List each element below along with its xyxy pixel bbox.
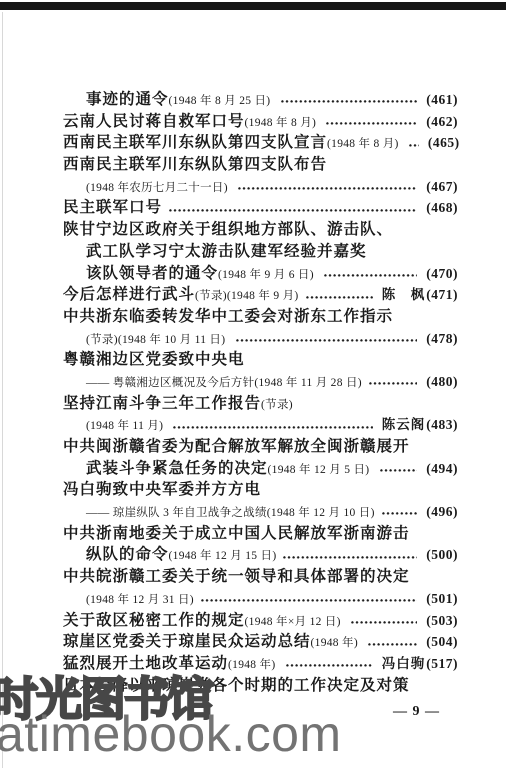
dot-leader [173, 426, 372, 429]
entry-title: 武工队学习宁太游击队建军经验并嘉奖 [86, 241, 367, 263]
toc-entry: 琼崖区党委关于琼崖民众运动总结(1948 年) (504) [0, 631, 506, 653]
entry-title: (1948 年 12 月 31 日) [86, 588, 194, 610]
dot-leader [169, 209, 417, 212]
dot-leader [286, 664, 373, 667]
entry-title-text: 武装斗争紧急任务的决定 [86, 460, 268, 477]
dot-leader [380, 469, 418, 472]
entry-title: 粤赣湘边区党委致中央电 [63, 349, 245, 371]
entry-title-text: 西南民主联军川东纵队第四支队宣言 [63, 134, 327, 151]
entry-title: 坚持江南斗争三年工作报告(节录) [63, 393, 293, 415]
entry-title-text: 陕甘宁边区政府关于组织地方部队、游击队、 [63, 221, 393, 238]
entry-page-number: (478) [426, 328, 458, 350]
website-watermark-text: atimebook.com [0, 705, 342, 763]
entry-title-annotation: (1948 年) [311, 637, 362, 649]
toc-entry: 关于敌区秘密工作的规定(1948 年×月 12 日) (503) [0, 610, 506, 632]
entry-title-text: 民主联军口号 [63, 199, 162, 216]
entry-page-number: (500) [426, 544, 458, 566]
toc-entry: (1948 年农历七月二十一日) (467) [0, 176, 506, 198]
entry-title-text: 坚持江南斗争三年工作报告 [63, 395, 261, 412]
entry-title-text: 武工队学习宁太游击队建军经验并嘉奖 [86, 243, 367, 260]
toc-entry: 中共浙东临委转发华中工委会对浙东工作指示 [0, 306, 506, 328]
entry-author: 冯白驹 [382, 653, 426, 675]
entry-title-text: 中共浙东临委转发华中工委会对浙东工作指示 [63, 308, 393, 325]
page-number-footer: — 9 — [393, 704, 440, 720]
toc-entry: 中共闽浙赣省委为配合解放军解放全闽浙赣展开 [0, 436, 506, 458]
toc-entry: 武装斗争紧急任务的决定(1948 年 12 月 5 日) (494) [0, 458, 506, 480]
entry-title-annotation: —— 琼崖纵队 3 年自卫战争之战绩(1948 年 12 月 10 日) [86, 507, 375, 519]
entry-title-annotation: (1948 年 8 月) [245, 117, 320, 129]
entry-page-number: (471) [426, 284, 458, 306]
entry-page-number: (494) [426, 458, 458, 480]
entry-page-number: (468) [426, 197, 458, 219]
entry-page-number: (504) [426, 631, 458, 653]
toc-entry: (1948 年 11 月) 陈云阁(483) [0, 414, 506, 436]
entry-title-annotation: (1948 年 8 月) [327, 138, 402, 150]
dot-leader [306, 296, 373, 299]
entry-title-text: 云南人民讨蒋自救军口号 [63, 113, 245, 130]
toc-entry: 坚持江南斗争三年工作报告(节录) [0, 393, 506, 415]
entry-title-annotation: (1948 年 12 月 15 日) [169, 550, 277, 562]
entry-title: 中共浙南地委关于成立中国人民解放军浙南游击 [63, 523, 410, 545]
entry-title-annotation: (1948 年 12 月 31 日) [86, 594, 194, 606]
entry-title: (节录)(1948 年 10 月 11 日) [86, 328, 229, 350]
entry-title-annotation: —— 粤赣湘边区概况及今后方针(1948 年 11 月 28 日) [86, 377, 362, 389]
entry-title: (1948 年 11 月) [86, 414, 166, 436]
entry-title: (1948 年农历七月二十一日) [86, 176, 231, 198]
toc-entry: 纵队的命令(1948 年 12 月 15 日)(500) [0, 544, 506, 566]
entry-title: 中共闽浙赣省委为配合解放军解放全闽浙赣展开 [63, 436, 410, 458]
entry-title-text: 粤赣湘边区党委致中央电 [63, 351, 245, 368]
toc-entry: 该队领导者的通令(1948 年 9 月 6 日) (470) [0, 263, 506, 285]
entry-title-annotation: (1948 年 8 月 25 日) [169, 95, 274, 107]
entry-title: 关于敌区秘密工作的规定(1948 年×月 12 日) [63, 610, 344, 632]
dot-leader [351, 621, 417, 624]
entry-title-text: 今后怎样进行武斗 [63, 286, 195, 303]
toc-list: 事迹的通令(1948 年 8 月 25 日) (461)云南人民讨蒋自救军口号(… [0, 89, 506, 696]
entry-title: 琼崖区党委关于琼崖民众运动总结(1948 年) [63, 631, 361, 653]
entry-title-text: 琼崖区党委关于琼崖民众运动总结 [63, 633, 311, 650]
entry-title: 西南民主联军川东纵队第四支队布告 [63, 154, 327, 176]
entry-page-number: (483) [426, 414, 458, 436]
entry-page-number: (480) [426, 371, 458, 393]
entry-author: 陈云阁 [382, 414, 426, 436]
entry-page-number: (496) [426, 501, 458, 523]
entry-page-number: (517) [426, 653, 458, 675]
toc-entry: 冯白驹致中央军委并方方电 [0, 479, 506, 501]
toc-entry: 今后怎样进行武斗(节录)(1948 年 9 月)陈 枫(471) [0, 284, 506, 306]
scan-artifact-top-bar [0, 2, 506, 10]
entry-page-number: (467) [426, 176, 458, 198]
entry-title-annotation: (节录)(1948 年 9 月) [195, 290, 299, 302]
toc-entry: (1948 年 12 月 31 日)(501) [0, 588, 506, 610]
entry-title: 该队领导者的通令(1948 年 9 月 6 日) [86, 263, 317, 285]
entry-page-number: (465) [428, 132, 460, 154]
entry-title: 中共皖浙赣工委关于统一领导和具体部署的决定 [63, 566, 410, 588]
entry-page-number: (503) [426, 610, 458, 632]
dot-leader [382, 512, 418, 515]
entry-title: 事迹的通令(1948 年 8 月 25 日) [86, 89, 274, 111]
dot-leader [409, 144, 419, 147]
entry-title: 云南人民讨蒋自救军口号(1948 年 8 月) [63, 111, 319, 133]
dot-leader [236, 339, 418, 342]
toc-entry: 西南民主联军川东纵队第四支队宣言(1948 年 8 月) (465) [0, 132, 506, 154]
entry-title-text: 事迹的通令 [86, 91, 169, 108]
entry-title: —— 粤赣湘边区概况及今后方针(1948 年 11 月 28 日) [86, 371, 362, 393]
entry-title-annotation: (节录) [261, 399, 293, 411]
toc-entry: 民主联军口号(468) [0, 197, 506, 219]
toc-entry: 西南民主联军川东纵队第四支队布告 [0, 154, 506, 176]
entry-title: 中共浙东临委转发华中工委会对浙东工作指示 [63, 306, 393, 328]
toc-entry: (节录)(1948 年 10 月 11 日) (478) [0, 328, 506, 350]
toc-entry: 云南人民讨蒋自救军口号(1948 年 8 月) (462) [0, 111, 506, 133]
entry-title-text: 冯白驹致中央军委并方方电 [63, 481, 261, 498]
dot-leader [281, 100, 418, 103]
entry-page-number: (501) [426, 588, 458, 610]
entry-title: 西南民主联军川东纵队第四支队宣言(1948 年 8 月) [63, 132, 402, 154]
dot-leader [201, 599, 417, 602]
entry-title: 今后怎样进行武斗(节录)(1948 年 9 月) [63, 284, 299, 306]
toc-entry: 陕甘宁边区政府关于组织地方部队、游击队、 [0, 219, 506, 241]
entry-title-annotation: (1948 年 11 月) [86, 420, 166, 432]
dot-leader [238, 187, 417, 190]
entry-title: 纵队的命令(1948 年 12 月 15 日) [86, 544, 276, 566]
dot-leader [283, 556, 417, 559]
toc-entry: 武工队学习宁太游击队建军经验并嘉奖 [0, 241, 506, 263]
entry-title-annotation: (1948 年 9 月 6 日) [218, 269, 317, 281]
toc-entry: 粤赣湘边区党委致中央电 [0, 349, 506, 371]
entry-title: —— 琼崖纵队 3 年自卫战争之战绩(1948 年 12 月 10 日) [86, 501, 375, 523]
dot-leader [324, 274, 417, 277]
entry-page-number: (461) [426, 89, 458, 111]
entry-title-text: 西南民主联军川东纵队第四支队布告 [63, 156, 327, 173]
entry-author: 陈 枫 [382, 284, 426, 306]
entry-title-text: 纵队的命令 [86, 546, 169, 563]
entry-title: 冯白驹致中央军委并方方电 [63, 479, 261, 501]
entry-title-annotation: (1948 年) [228, 659, 279, 671]
entry-title-text: 该队领导者的通令 [86, 265, 218, 282]
entry-title: 武装斗争紧急任务的决定(1948 年 12 月 5 日) [86, 458, 373, 480]
dot-leader [369, 382, 417, 385]
entry-title: 陕甘宁边区政府关于组织地方部队、游击队、 [63, 219, 393, 241]
toc-entry: —— 粤赣湘边区概况及今后方针(1948 年 11 月 28 日)(480) [0, 371, 506, 393]
toc-entry: 事迹的通令(1948 年 8 月 25 日) (461) [0, 89, 506, 111]
toc-entry: 中共皖浙赣工委关于统一领导和具体部署的决定 [0, 566, 506, 588]
entry-title-text: 中共闽浙赣省委为配合解放军解放全闽浙赣展开 [63, 438, 410, 455]
entry-page-number: (462) [426, 111, 458, 133]
dot-leader [326, 122, 417, 125]
entry-title: 民主联军口号 [63, 197, 162, 219]
entry-title-text: 中共浙南地委关于成立中国人民解放军浙南游击 [63, 525, 410, 542]
entry-page-number: (470) [426, 263, 458, 285]
toc-entry: 中共浙南地委关于成立中国人民解放军浙南游击 [0, 523, 506, 545]
entry-title-annotation: (1948 年×月 12 日) [245, 616, 344, 628]
entry-title-text: 关于敌区秘密工作的规定 [63, 612, 245, 629]
entry-title-text: 中共皖浙赣工委关于统一领导和具体部署的决定 [63, 568, 410, 585]
entry-title-annotation: (节录)(1948 年 10 月 11 日) [86, 334, 229, 346]
dot-leader [368, 643, 417, 646]
toc-entry: —— 琼崖纵队 3 年自卫战争之战绩(1948 年 12 月 10 日)(496… [0, 501, 506, 523]
entry-title-annotation: (1948 年农历七月二十一日) [86, 182, 231, 194]
entry-title-annotation: (1948 年 12 月 5 日) [268, 464, 373, 476]
